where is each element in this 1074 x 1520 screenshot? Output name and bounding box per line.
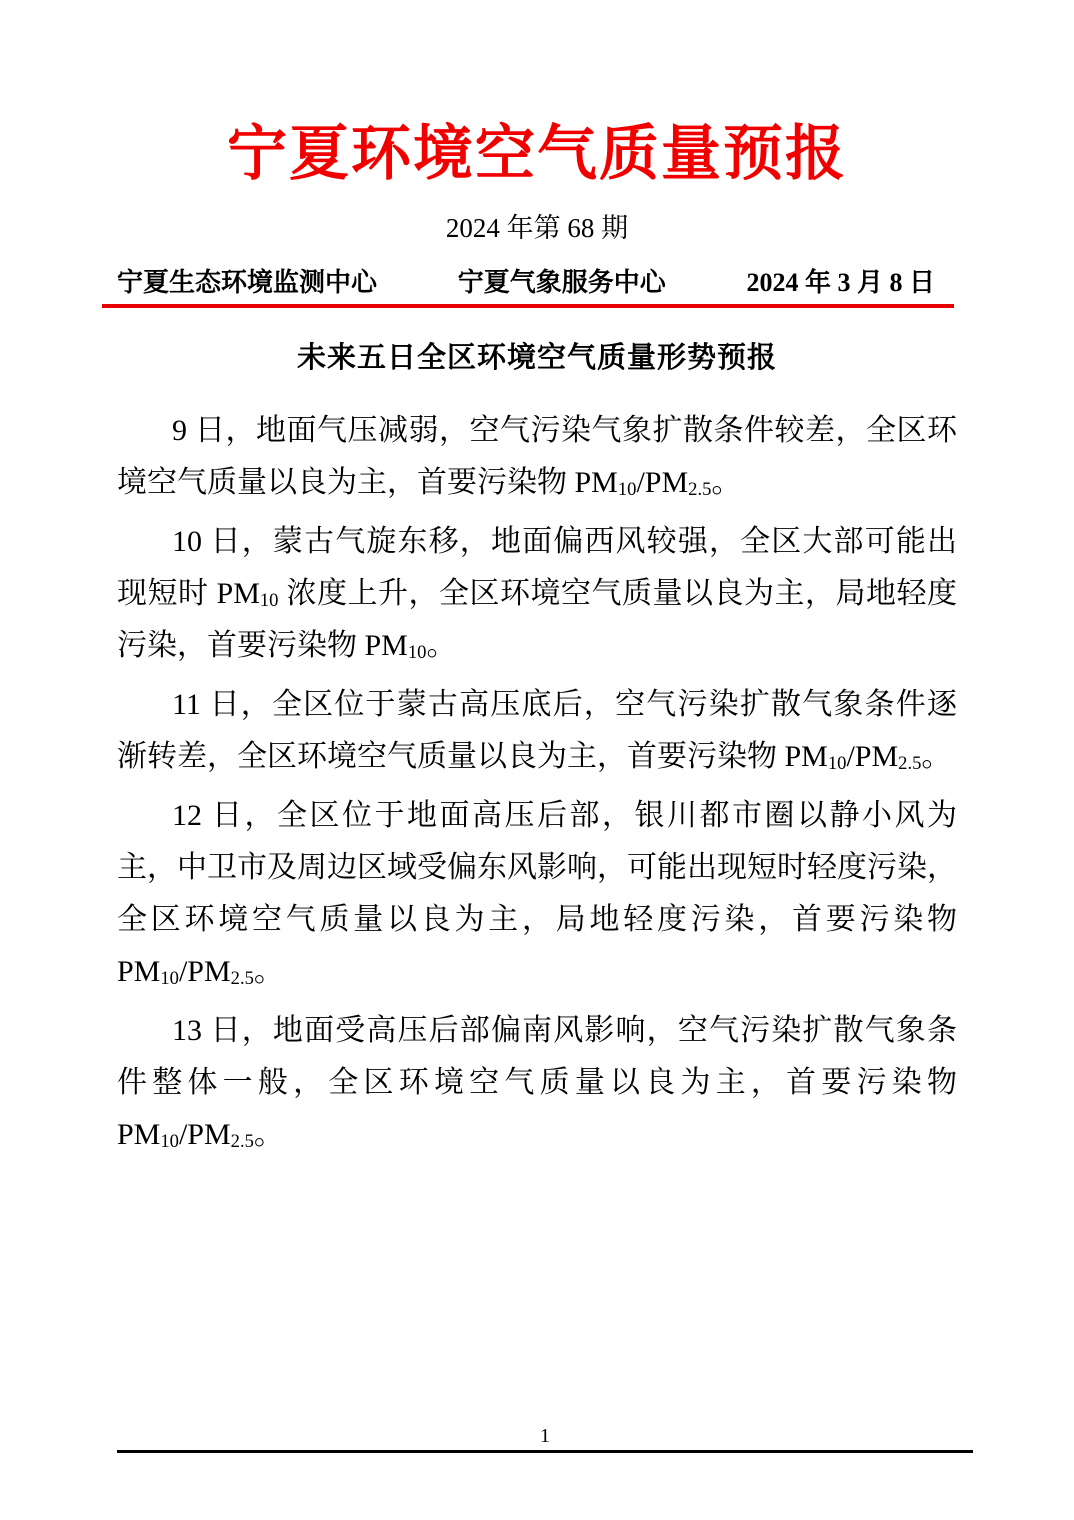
forecast-paragraph: 9 日，地面气压减弱，空气污染气象扩散条件较差，全区环境空气质量以良为主，首要污… — [117, 405, 957, 509]
issuing-org-monitoring-center: 宁夏生态环境监测中心 — [117, 269, 377, 297]
page-number: 1 — [117, 1424, 973, 1448]
content-column: 宁夏环境空气质量预报 2024 年第 68 期 宁夏生态环境监测中心 宁夏气象服… — [117, 116, 957, 1161]
red-divider-line — [102, 304, 954, 308]
footer-divider-line — [117, 1450, 973, 1453]
issue-date: 2024 年 3 月 8 日 — [746, 269, 957, 297]
issuing-org-weather-service: 宁夏气象服务中心 — [458, 269, 666, 297]
section-title: 未来五日全区环境空气质量形势预报 — [117, 341, 957, 375]
masthead: 宁夏生态环境监测中心 宁夏气象服务中心 2024 年 3 月 8 日 — [117, 269, 957, 297]
forecast-body: 9 日，地面气压减弱，空气污染气象扩散条件较差，全区环境空气质量以良为主，首要污… — [117, 405, 957, 1161]
page-footer: 1 — [117, 1424, 973, 1453]
issue-number: 2024 年第 68 期 — [117, 212, 957, 244]
forecast-paragraph: 12 日，全区位于地面高压后部，银川都市圈以静小风为主，中卫市及周边区域受偏东风… — [117, 790, 957, 998]
document-page: 宁夏环境空气质量预报 2024 年第 68 期 宁夏生态环境监测中心 宁夏气象服… — [0, 0, 1074, 1520]
forecast-paragraph: 10 日，蒙古气旋东移，地面偏西风较强，全区大部可能出现短时 PM10 浓度上升… — [117, 516, 957, 672]
forecast-paragraph: 13 日，地面受高压后部偏南风影响，空气污染扩散气象条件整体一般，全区环境空气质… — [117, 1005, 957, 1161]
forecast-paragraph: 11 日，全区位于蒙古高压底后，空气污染扩散气象条件逐渐转差，全区环境空气质量以… — [117, 679, 957, 783]
document-title: 宁夏环境空气质量预报 — [117, 116, 957, 192]
